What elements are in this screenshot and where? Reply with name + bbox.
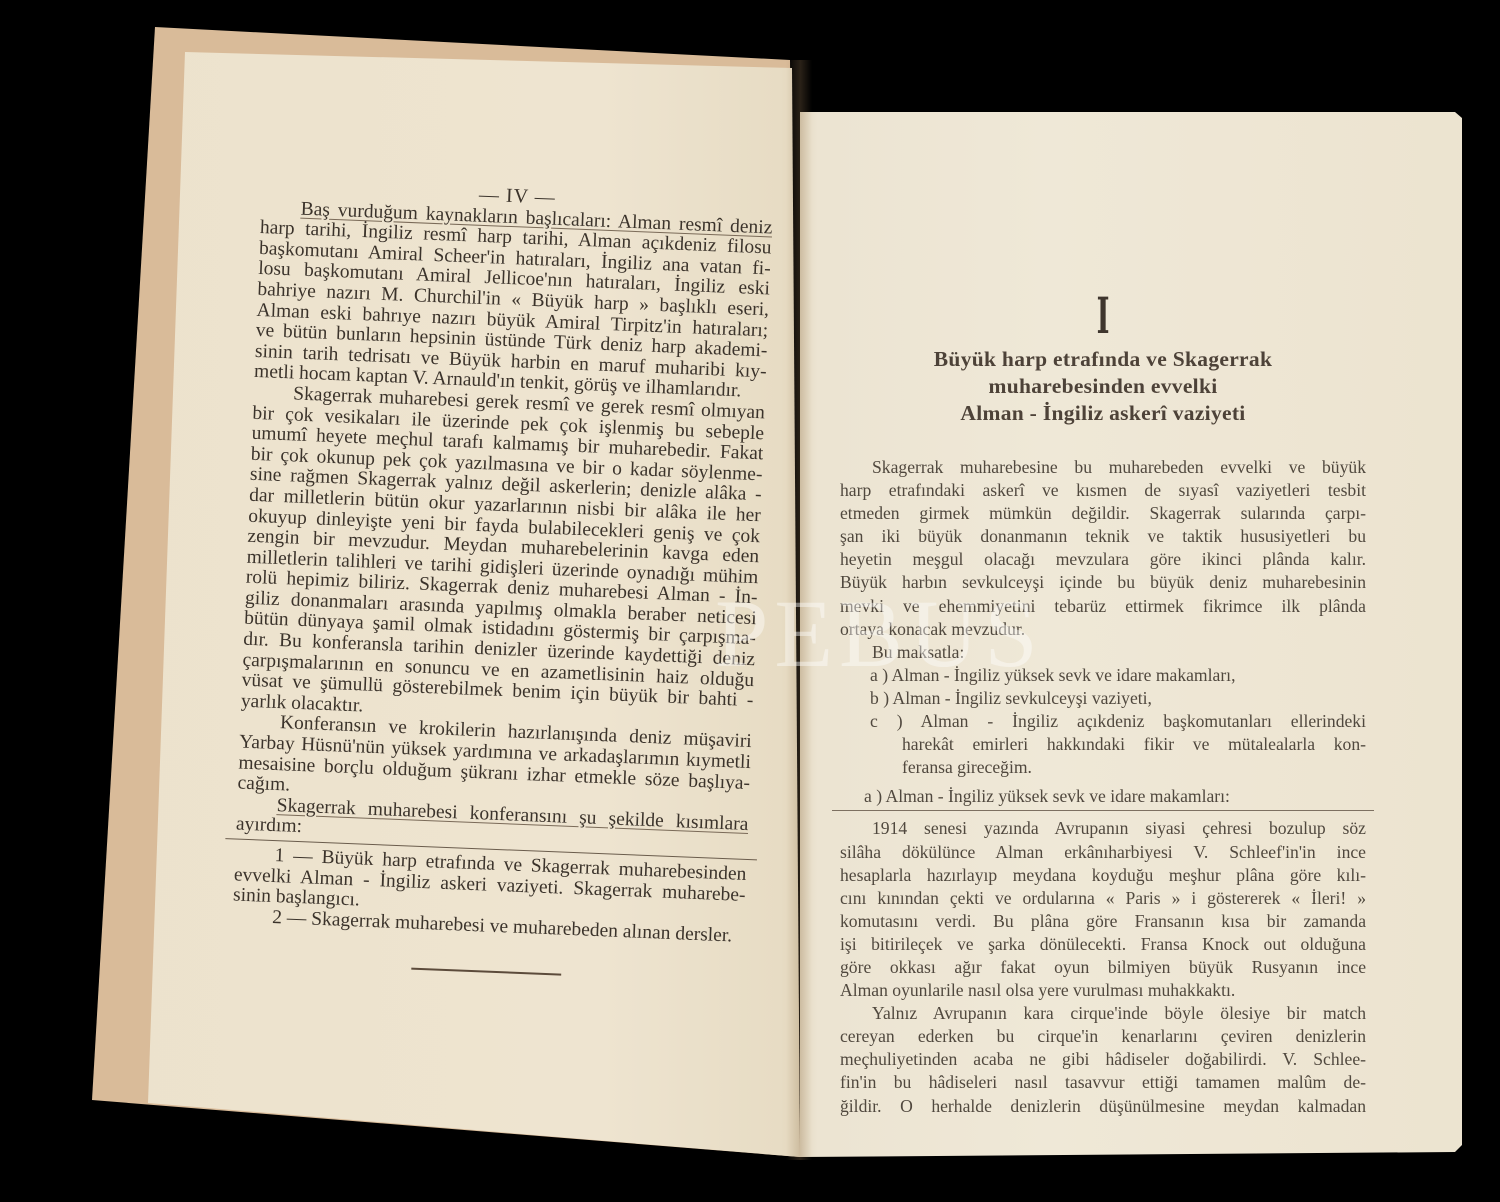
text-line: mevki ve ehemmiyetini tebarüz ettirmek f…: [840, 595, 1366, 618]
chapter-number: I: [958, 290, 1247, 342]
item-label: a ): [870, 665, 888, 685]
text-line: işi bitirileçek ve şarka dönülecekti. Fr…: [840, 933, 1366, 956]
text-line: hesaplarla hazırlayıp meydana koyduğu me…: [840, 864, 1366, 887]
topic-list-item-continuation: harekât emirleri hakkındaki fikir ve müt…: [840, 733, 1366, 756]
text-line: fin'in bu hâdiseleri nasıl tasavvur etti…: [840, 1071, 1366, 1094]
right-page-text: I Büyük harp etrafında ve Skagerrak muha…: [840, 290, 1366, 1118]
text-line: 1914 senesi yazında Avrupanın siyasi çeh…: [840, 817, 1366, 840]
intro-paragraph: Skagerrak muharebesine bu muharebeden ev…: [840, 456, 1366, 664]
left-page-text: — IV — Baş vurduğum kaynakların başlıcal…: [230, 176, 773, 983]
text-line: Büyük harbın sevkulceyşi içinde bu büyük…: [840, 571, 1366, 594]
text-line: etmeden girmek mümkün değildir. Skagerra…: [840, 502, 1366, 525]
topic-list-item: b ) Alman - İngiliz sevkulceyşi vaziyeti…: [840, 687, 1366, 710]
book-spine: [786, 60, 812, 1160]
text-line: silâha dökülünce Alman erkânıharbiyesi V…: [840, 841, 1366, 864]
text-line: Skagerrak muharebesine bu muharebeden ev…: [840, 456, 1366, 479]
body-paragraphs: 1914 senesi yazında Avrupanın siyasi çeh…: [840, 817, 1366, 1117]
section-heading: a ) Alman - İngiliz yüksek sevk ve idare…: [832, 785, 1374, 811]
item-text: Alman - İngiliz yüksek sevk ve idare mak…: [892, 665, 1236, 685]
text-line: cereyan ederken bu cirque'in kenarlarını…: [840, 1025, 1366, 1048]
item-label: b ): [870, 688, 889, 708]
text-line: cını kınından çekti ve ordularına « Pari…: [840, 887, 1366, 910]
text-line: harp etrafındaki askerî ve kısmen de sıy…: [840, 479, 1366, 502]
text-line: ortaya konacak mevzudur.: [840, 618, 1366, 641]
text-line: Bu maksatla:: [840, 641, 1366, 664]
item-text: Alman - İngiliz sevkulceyşi vaziyeti,: [893, 688, 1152, 708]
topic-list: a ) Alman - İngiliz yüksek sevk ve idare…: [840, 664, 1366, 779]
text-line: ğildir. O herhalde denizlerin düşünülmes…: [840, 1095, 1366, 1118]
text-line: şan iki büyük donanmanın teknik ve takti…: [840, 525, 1366, 548]
text-line: göre okkası ağır fakat oyun bilmiyen büy…: [840, 956, 1366, 979]
chapter-title-line: muharebesinden evvelki: [840, 373, 1366, 400]
topic-list-item-continuation: feransa gireceğim.: [840, 756, 1366, 779]
topic-list-item: c ) Alman - İngiliz açıkdeniz başkomutan…: [840, 710, 1366, 733]
item-text: Alman - İngiliz açıkdeniz başkomutanları…: [921, 711, 1366, 731]
item-label: c ): [870, 711, 903, 731]
chapter-body: Skagerrak muharebesine bu muharebeden ev…: [840, 456, 1366, 1118]
text-line: Yalnız Avrupanın kara cirque'inde böyle …: [840, 1002, 1366, 1025]
chapter-title-line: Alman - İngiliz askerî vaziyeti: [840, 400, 1366, 427]
text-line: heyetin meşgul olacağı mevzulara göre ik…: [840, 548, 1366, 571]
text-line: meçhuliyetinden acaba ne gibi hâdiseler …: [840, 1048, 1366, 1071]
left-page-paragraphs: Baş vurduğum kaynakların başlıcaları: Al…: [236, 198, 773, 856]
text-line: komutasını verdi. Bu plâna göre Fransanı…: [840, 910, 1366, 933]
text-line: Alman oyunlarile nasıl olsa yere vurulma…: [840, 979, 1366, 1002]
chapter-title: Büyük harp etrafında ve Skagerrak muhare…: [840, 346, 1366, 427]
chapter-title-line: Büyük harp etrafında ve Skagerrak: [840, 346, 1366, 373]
topic-list-item: a ) Alman - İngiliz yüksek sevk ve idare…: [840, 664, 1366, 687]
section-list: 1 — Büyük harp etrafında ve Skagerrak mu…: [232, 844, 747, 947]
